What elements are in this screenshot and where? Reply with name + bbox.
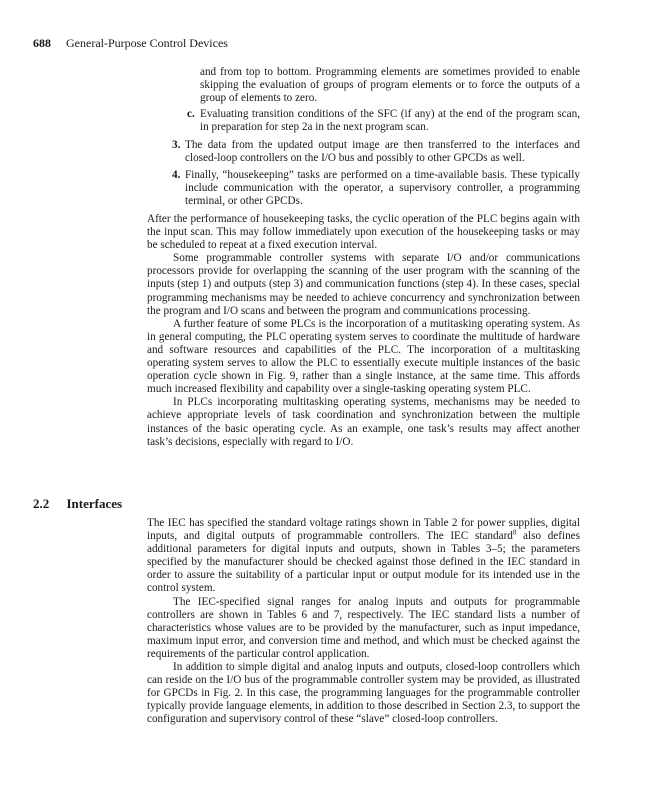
list-item-text: The data from the updated output image a… <box>185 139 580 164</box>
paragraph: The IEC-specified signal ranges for anal… <box>147 596 580 661</box>
body-text-1: After the performance of housekeeping ta… <box>147 213 580 449</box>
list-item-c: c. Evaluating transition conditions of t… <box>200 108 580 134</box>
paragraph: After the performance of housekeeping ta… <box>147 213 580 252</box>
list-continuation: and from top to bottom. Programming elem… <box>200 66 580 105</box>
paragraph: In PLCs incorporating multitasking opera… <box>147 396 580 448</box>
body-text-2: The IEC has specified the standard volta… <box>147 517 580 727</box>
paragraph: Some programmable controller systems wit… <box>147 252 580 317</box>
section-heading: 2.2 Interfaces <box>33 496 122 512</box>
page-number: 688 <box>33 36 51 50</box>
list-item-3: 3. The data from the updated output imag… <box>185 139 580 165</box>
list-item-label: 3. <box>172 139 180 152</box>
list-item-text: Finally, “housekeeping” tasks are perfor… <box>185 169 580 207</box>
list-item-label: c. <box>187 108 195 121</box>
list-item-label: 4. <box>172 169 180 182</box>
running-header: 688 General-Purpose Control Devices <box>33 36 228 51</box>
running-title: General-Purpose Control Devices <box>66 36 228 50</box>
list-item-text: Evaluating transition conditions of the … <box>200 108 580 133</box>
paragraph: A further feature of some PLCs is the in… <box>147 318 580 397</box>
section-number: 2.2 <box>33 496 49 511</box>
section-title: Interfaces <box>67 496 123 511</box>
paragraph: In addition to simple digital and analog… <box>147 661 580 726</box>
paragraph: The IEC has specified the standard volta… <box>147 517 580 596</box>
list-item-4: 4. Finally, “housekeeping” tasks are per… <box>185 169 580 208</box>
